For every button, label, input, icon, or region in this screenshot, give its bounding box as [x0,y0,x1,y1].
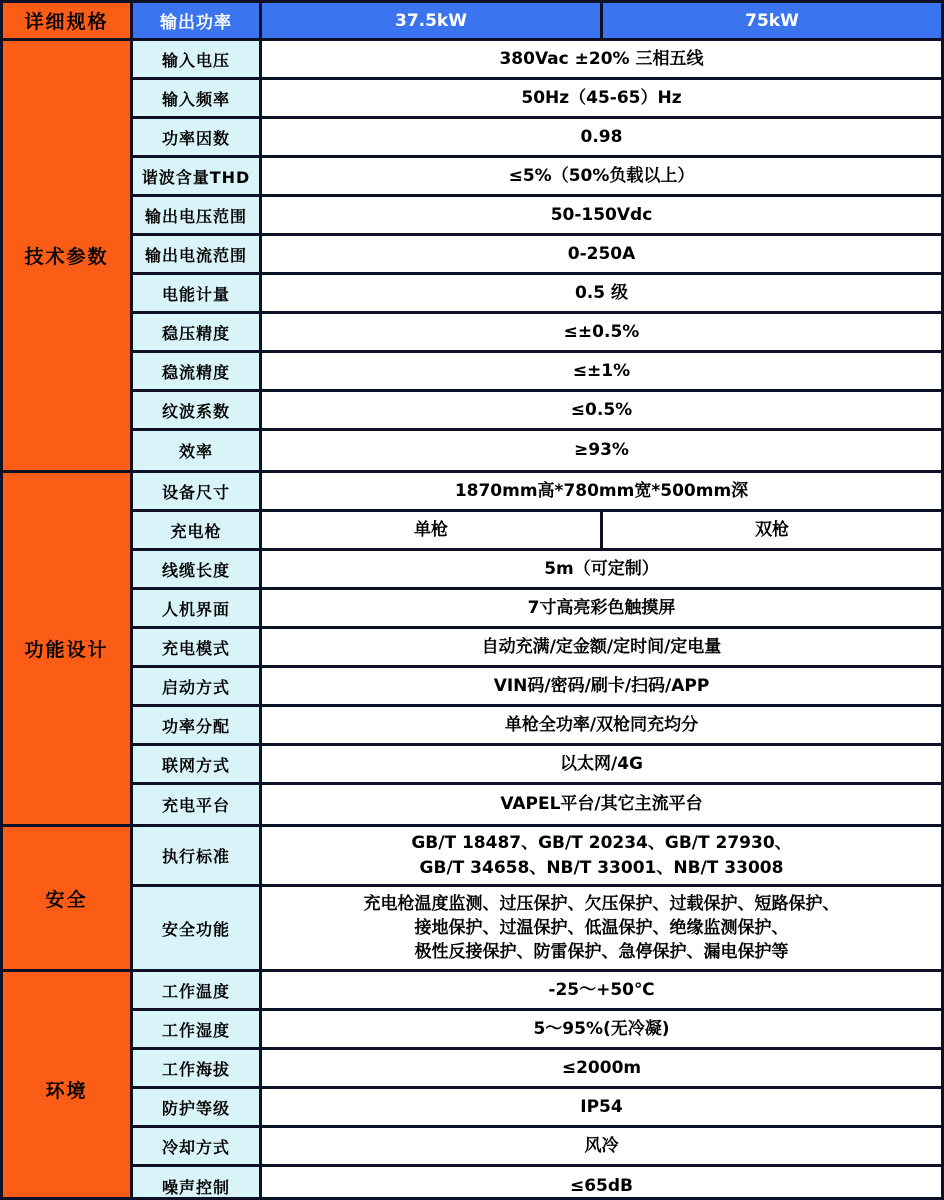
spec-label: 人机界面 [133,590,262,626]
spec-value: VAPEL平台/其它主流平台 [262,785,941,824]
spec-value: 50Hz（45-65）Hz [262,80,941,116]
spec-value: GB/T 18487、GB/T 20234、GB/T 27930、 GB/T 3… [262,827,941,884]
group-cell-safety: 安全 [3,827,133,969]
spec-row: 工作海拔 ≤2000m [133,1050,941,1089]
spec-value: 0.5 级 [262,275,941,311]
spec-value: ≤65dB [262,1167,941,1200]
specification-table: 详细规格 输出功率 37.5kW 75kW 技术参数 输入电压 380Vac ±… [0,0,944,1200]
spec-label: 充电模式 [133,629,262,665]
spec-value: 充电枪温度监测、过压保护、欠压保护、过载保护、短路保护、 接地保护、过温保护、低… [262,887,941,969]
spec-value: ≤2000m [262,1050,941,1086]
spec-label: 冷却方式 [133,1128,262,1164]
spec-label: 功率分配 [133,707,262,743]
spec-label: 工作海拔 [133,1050,262,1086]
spec-label: 稳压精度 [133,314,262,350]
spec-row-standards: 执行标准 GB/T 18487、GB/T 20234、GB/T 27930、 G… [133,827,941,887]
spec-value: IP54 [262,1089,941,1125]
group-cell-environment: 环境 [3,972,133,1200]
spec-value: 380Vac ±20% 三相五线 [262,41,941,77]
spec-label: 充电枪 [133,512,262,548]
spec-label: 输出电压范围 [133,197,262,233]
group-cell-function-design: 功能设计 [3,473,133,824]
spec-label: 电能计量 [133,275,262,311]
spec-row: 功率因数 0.98 [133,119,941,158]
spec-row: 电能计量 0.5 级 [133,275,941,314]
section-rows: 输入电压 380Vac ±20% 三相五线 输入频率 50Hz（45-65）Hz… [133,41,941,470]
spec-value: 1870mm高*780mm宽*500mm深 [262,473,941,509]
spec-row: 功率分配 单枪全功率/双枪同充均分 [133,707,941,746]
spec-row: 冷却方式 风冷 [133,1128,941,1167]
spec-label: 输入电压 [133,41,262,77]
spec-row: 谐波含量THD ≤5%（50%负载以上） [133,158,941,197]
section-rows: 工作温度 -25～+50℃ 工作湿度 5～95%(无冷凝) 工作海拔 ≤2000… [133,972,941,1200]
spec-row: 充电平台 VAPEL平台/其它主流平台 [133,785,941,824]
spec-value: 5m（可定制） [262,551,941,587]
section-rows: 执行标准 GB/T 18487、GB/T 20234、GB/T 27930、 G… [133,827,941,969]
model-column-37-5kw: 37.5kW [262,3,603,38]
section-environment: 环境 工作温度 -25～+50℃ 工作湿度 5～95%(无冷凝) 工作海拔 ≤2… [3,972,941,1200]
spec-label: 工作湿度 [133,1011,262,1047]
spec-value: 0.98 [262,119,941,155]
spec-row: 工作温度 -25～+50℃ [133,972,941,1011]
spec-row: 输出电流范围 0-250A [133,236,941,275]
spec-value-dual-gun: 双枪 [603,512,941,548]
spec-label: 执行标准 [133,827,262,884]
corner-cell: 详细规格 [3,3,133,38]
spec-value: 单枪全功率/双枪同充均分 [262,707,941,743]
spec-value: 自动充满/定金额/定时间/定电量 [262,629,941,665]
spec-value: 50-150Vdc [262,197,941,233]
spec-label: 噪声控制 [133,1167,262,1200]
table-header-row: 详细规格 输出功率 37.5kW 75kW [3,3,941,41]
spec-row: 防护等级 IP54 [133,1089,941,1128]
spec-row: 输入频率 50Hz（45-65）Hz [133,80,941,119]
spec-row: 噪声控制 ≤65dB [133,1167,941,1200]
section-rows: 设备尺寸 1870mm高*780mm宽*500mm深 充电枪 单枪 双枪 线缆长… [133,473,941,824]
spec-row: 效率 ≥93% [133,431,941,470]
spec-row: 输出电压范围 50-150Vdc [133,197,941,236]
spec-value: 5～95%(无冷凝) [262,1011,941,1047]
spec-label: 线缆长度 [133,551,262,587]
spec-value: ≤±1% [262,353,941,389]
group-cell-technical-parameters: 技术参数 [3,41,133,470]
output-power-header: 输出功率 [133,3,262,38]
section-safety: 安全 执行标准 GB/T 18487、GB/T 20234、GB/T 27930… [3,827,941,972]
spec-row: 输入电压 380Vac ±20% 三相五线 [133,41,941,80]
spec-row: 纹波系数 ≤0.5% [133,392,941,431]
spec-value: ≥93% [262,431,941,470]
spec-row: 人机界面 7寸高亮彩色触摸屏 [133,590,941,629]
spec-label: 谐波含量THD [133,158,262,194]
section-technical-parameters: 技术参数 输入电压 380Vac ±20% 三相五线 输入频率 50Hz（45-… [3,41,941,473]
spec-label: 联网方式 [133,746,262,782]
spec-label: 充电平台 [133,785,262,824]
spec-value: 0-250A [262,236,941,272]
spec-row: 工作湿度 5～95%(无冷凝) [133,1011,941,1050]
spec-value: 风冷 [262,1128,941,1164]
spec-label: 输入频率 [133,80,262,116]
spec-label: 设备尺寸 [133,473,262,509]
spec-label: 纹波系数 [133,392,262,428]
spec-row: 启动方式 VIN码/密码/刷卡/扫码/APP [133,668,941,707]
spec-row: 稳流精度 ≤±1% [133,353,941,392]
spec-value: 7寸高亮彩色触摸屏 [262,590,941,626]
section-function-design: 功能设计 设备尺寸 1870mm高*780mm宽*500mm深 充电枪 单枪 双… [3,473,941,827]
spec-row: 联网方式 以太网/4G [133,746,941,785]
spec-value: ≤0.5% [262,392,941,428]
spec-label: 输出电流范围 [133,236,262,272]
spec-row-safety-functions: 安全功能 充电枪温度监测、过压保护、欠压保护、过载保护、短路保护、 接地保护、过… [133,887,941,969]
spec-value: -25～+50℃ [262,972,941,1008]
spec-value: 以太网/4G [262,746,941,782]
spec-label: 效率 [133,431,262,470]
model-column-75kw: 75kW [603,3,941,38]
spec-value: ≤5%（50%负载以上） [262,158,941,194]
spec-label: 启动方式 [133,668,262,704]
spec-row: 稳压精度 ≤±0.5% [133,314,941,353]
spec-label: 安全功能 [133,887,262,969]
spec-row-charging-gun: 充电枪 单枪 双枪 [133,512,941,551]
spec-row: 充电模式 自动充满/定金额/定时间/定电量 [133,629,941,668]
spec-value-single-gun: 单枪 [262,512,603,548]
spec-label: 工作温度 [133,972,262,1008]
spec-value: ≤±0.5% [262,314,941,350]
spec-value: VIN码/密码/刷卡/扫码/APP [262,668,941,704]
spec-row: 设备尺寸 1870mm高*780mm宽*500mm深 [133,473,941,512]
spec-label: 稳流精度 [133,353,262,389]
spec-label: 功率因数 [133,119,262,155]
spec-row: 线缆长度 5m（可定制） [133,551,941,590]
spec-label: 防护等级 [133,1089,262,1125]
